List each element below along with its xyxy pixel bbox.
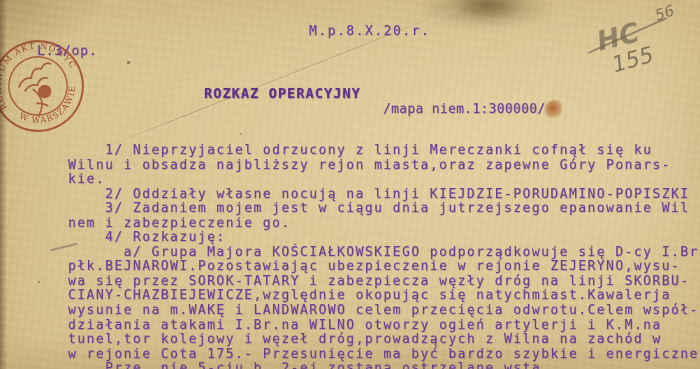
body-line: działania atakami I.Br.na WILNO otworzy … xyxy=(68,319,700,334)
body-line: tunel,tor kolejowy i węzeł dróg,prowadzą… xyxy=(68,333,700,348)
body-line: 4/ Rozkazuję: xyxy=(68,231,700,246)
paper-stain-rust xyxy=(545,100,562,118)
paper-speck xyxy=(240,133,242,135)
paper-speck xyxy=(127,61,130,64)
body-line: Wilnu i obsadza najbliższy rejon miasta,… xyxy=(68,159,700,174)
body-line: Prze… nie 5-ciu b… 2-ej zostaną ostrzela… xyxy=(68,362,700,369)
order-body: 1/ Nieprzyjaciel odrzucony z linji Merec… xyxy=(68,144,700,369)
body-line: płk.BEJNAROWI.Pozostawiając ubezpieczeni… xyxy=(68,260,700,275)
body-line: 1/ Nieprzyjaciel odrzucony z linji Merec… xyxy=(68,144,700,159)
order-title: ROZKAZ OPERACYJNY xyxy=(204,86,361,102)
body-line: kie. xyxy=(68,173,700,188)
archive-stamp: ARCHIWUM AKT NOWYCH • W WARSZAWIE • xyxy=(0,16,108,155)
svg-text:• W WARSZAWIE •: • W WARSZAWIE • xyxy=(0,17,88,147)
map-scale-note: /mapa niem.1:300000/ xyxy=(383,102,546,117)
body-line: wysunie na m.WAKĘ i LANDWAROWO celem prz… xyxy=(68,304,700,319)
body-line: 2/ Oddziały własne nocują na linji KIEJD… xyxy=(68,188,700,203)
stamp-text-bottom: • W WARSZAWIE • xyxy=(0,17,88,147)
reference-number: L.3/op. xyxy=(37,44,97,59)
paper-speck xyxy=(38,281,40,283)
body-line: 3/ Zadaniem mojem jest w ciągu dnia jutr… xyxy=(68,202,700,217)
scanned-document-page: ARCHIWUM AKT NOWYCH • W WARSZAWIE • L.3/… xyxy=(0,0,700,369)
dateline: M.p.8.X.20.r. xyxy=(309,24,430,39)
body-line: CIANY-CHAZBIEJEWICZE,względnie okopując … xyxy=(68,289,700,304)
